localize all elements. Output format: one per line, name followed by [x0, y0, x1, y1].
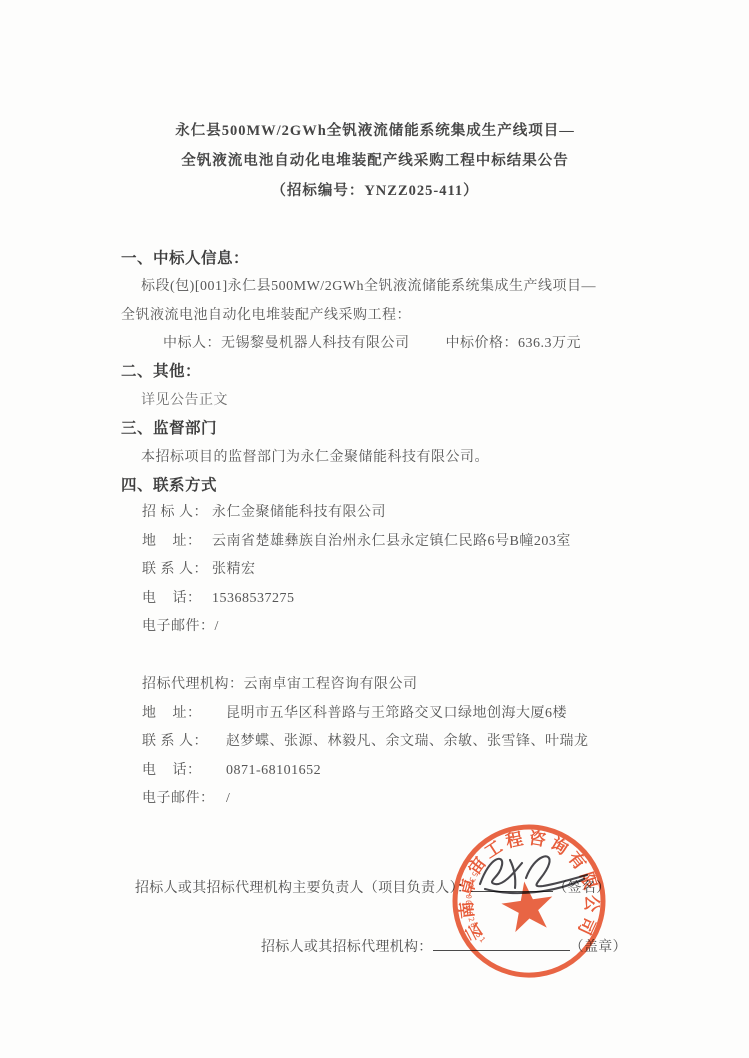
- section-1-heading: 一、中标人信息：: [121, 246, 249, 268]
- agency-row: 招标代理机构：云南卓宙工程咨询有限公司: [142, 671, 589, 700]
- section-3-heading: 三、监督部门: [121, 416, 217, 438]
- section-3-body: 本招标项目的监督部门为永仁金聚储能科技有限公司。: [141, 446, 489, 466]
- bidder-contact-block: 招 标 人：永仁金聚储能科技有限公司 地 址：云南省楚雄彝族自治州永仁县永定镇仁…: [142, 499, 571, 642]
- price-value: 636.3万元: [518, 336, 581, 351]
- bidder-label: 电 话：: [142, 585, 212, 614]
- section-2-heading: 二、其他：: [121, 359, 201, 381]
- agency-value: 赵梦蝶、张源、林毅凡、余文瑞、余敏、张雪锋、叶瑞龙: [226, 728, 589, 757]
- section-1-paragraph: 标段(包)[001]永仁县500MW/2GWh全钒液流储能系统集成生产线项目— …: [121, 273, 635, 330]
- agency-label: 电 话：: [142, 757, 226, 786]
- bidder-value: 云南省楚雄彝族自治州永仁县永定镇仁民路6号B幢203室: [212, 528, 571, 557]
- bidder-label: 电子邮件：: [142, 613, 215, 642]
- section-2-body: 详见公告正文: [141, 389, 228, 409]
- agency-label: 招标代理机构：: [142, 671, 244, 700]
- bidder-value: 永仁金聚储能科技有限公司: [212, 499, 386, 528]
- winner-label: 中标人：: [163, 336, 221, 351]
- agency-value: 0871-68101652: [226, 757, 321, 786]
- bidder-label: 招 标 人：: [142, 499, 212, 528]
- title-line-1: 永仁县500MW/2GWh全钒液流储能系统集成生产线项目—: [110, 116, 640, 146]
- principal-label: 招标人或其招标代理机构主要负责人（项目负责人）：: [135, 881, 471, 896]
- document-page: 永仁县500MW/2GWh全钒液流储能系统集成生产线项目— 全钒液流电池自动化电…: [0, 0, 749, 1058]
- price-label: 中标价格：: [446, 336, 519, 351]
- org-label: 招标人或其招标代理机构：: [261, 940, 433, 955]
- agency-label: 联 系 人：: [142, 728, 226, 757]
- agency-value: 昆明市五华区科普路与王筇路交叉口绿地创海大厦6楼: [226, 700, 567, 729]
- winner-value: 无锡黎曼机器人科技有限公司: [221, 336, 410, 351]
- bidder-row: 招 标 人：永仁金聚储能科技有限公司: [142, 499, 571, 528]
- agency-row: 电 话：0871-68101652: [142, 757, 589, 786]
- bidder-row: 电 话：15368537275: [142, 585, 571, 614]
- winner-row: 中标人：无锡黎曼机器人科技有限公司 中标价格：636.3万元: [121, 330, 635, 358]
- title-line-2: 全钒液流电池自动化电堆装配产线采购工程中标结果公告: [110, 146, 640, 176]
- bidder-row: 地 址：云南省楚雄彝族自治州永仁县永定镇仁民路6号B幢203室: [142, 528, 571, 557]
- agency-row: 电子邮件：/: [142, 785, 589, 814]
- handwritten-signature: [466, 848, 598, 900]
- bidder-row: 联 系 人：张精宏: [142, 556, 571, 585]
- bidder-label: 联 系 人：: [142, 556, 212, 585]
- document-title: 永仁县500MW/2GWh全钒液流储能系统集成生产线项目— 全钒液流电池自动化电…: [110, 116, 640, 206]
- bidder-row: 电子邮件：/: [142, 613, 571, 642]
- agency-row: 联 系 人：赵梦蝶、张源、林毅凡、余文瑞、余敏、张雪锋、叶瑞龙: [142, 728, 589, 757]
- winner-name: 中标人：无锡黎曼机器人科技有限公司: [163, 330, 410, 358]
- agency-contact-block: 招标代理机构：云南卓宙工程咨询有限公司 地 址：昆明市五华区科普路与王筇路交叉口…: [142, 671, 589, 814]
- agency-value: 云南卓宙工程咨询有限公司: [244, 671, 418, 700]
- company-seal-stamp: 云南卓宙工程咨询有限公司 5301002028751: [439, 810, 621, 993]
- agency-label: 地 址：: [142, 700, 226, 729]
- bidder-value: /: [215, 613, 219, 642]
- winning-price: 中标价格：636.3万元: [446, 330, 582, 358]
- bidder-value: 15368537275: [212, 585, 295, 614]
- bidder-value: 张精宏: [212, 556, 256, 585]
- tender-number: （招标编号：YNZZ025-411）: [110, 176, 640, 206]
- package-line-1: 标段(包)[001]永仁县500MW/2GWh全钒液流储能系统集成生产线项目—: [121, 273, 635, 302]
- agency-value: /: [226, 785, 230, 814]
- bidder-label: 地 址：: [142, 528, 212, 557]
- agency-row: 地 址：昆明市五华区科普路与王筇路交叉口绿地创海大厦6楼: [142, 700, 589, 729]
- package-line-2: 全钒液流电池自动化电堆装配产线采购工程：: [121, 302, 635, 331]
- section-4-heading: 四、联系方式: [121, 473, 217, 495]
- agency-label: 电子邮件：: [142, 785, 226, 814]
